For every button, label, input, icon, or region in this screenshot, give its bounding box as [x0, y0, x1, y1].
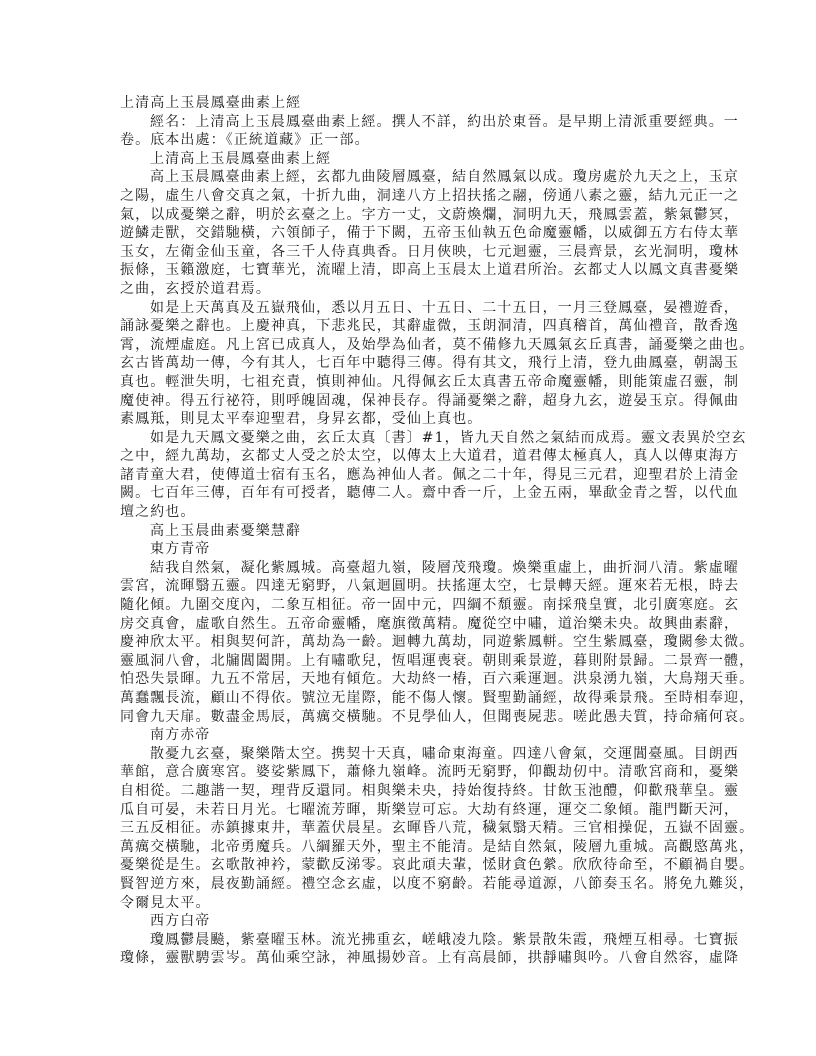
- text-line: 南方赤帝: [120, 726, 700, 745]
- text-line: 結我自然氣，凝化紫鳳城。高臺超九嶺，陵層茂飛瓊。煥樂重虛上，曲折洞八清。紫虛曜: [120, 559, 700, 578]
- text-line: 怕恐失景暉。九五不常居，天地有傾危。大劫終一椿，百六乘運迴。洪泉湧九嶺，大鳥翔天…: [120, 670, 700, 689]
- text-line: 氣，以成憂樂之辭，明於玄臺之上。字方一丈，文蔚煥爛，洞明九天，飛鳳雲蓋，紫氣鬱冥…: [120, 206, 700, 225]
- text-line: 西方白帝: [120, 912, 700, 931]
- text-line: 雲宮，流暉翳五靈。四達无窮野，八氣迴圓明。扶搖運太空，七景轉天經。運來若无根，時…: [120, 577, 700, 596]
- text-line: 高上玉晨鳳臺曲素上經，玄都九曲陵層鳳臺，結自然鳳氣以成。瓊房處於九天之上，玉京: [120, 168, 700, 187]
- text-line: 誦詠憂樂之辭也。上慶神真，下悲兆民，其辭虛微，玉朗洞清，四真稽首，萬仙禮音，散香…: [120, 317, 700, 336]
- text-line: 華館，意合廣寒宮。婆娑紫鳳下，蕭條九嶺峰。流眄无窮野，仰觀劫仞中。清歌宮商和，憂…: [120, 763, 700, 782]
- text-line: 瓊鳳鬱晨飈，紫臺曜玉林。流光拂重玄，嵯峨凌九陰。紫景散朱霞，飛煙互相尋。七寶振: [120, 931, 700, 950]
- text-line: 如是九天鳳文憂樂之曲，玄丘太真〔書〕#1，皆九天自然之氣結而成焉。靈文表異於空玄: [120, 429, 700, 448]
- text-line: 闕。七百年三傳，百年有可授者，聽傳二人。齋中香一斤，上金五兩，畢歃金青之誓，以代…: [120, 484, 700, 503]
- document-body: 上清高上玉晨鳳臺曲素上經經名：上清高上玉晨鳳臺曲素上經。撰人不詳，約出於東晉。是…: [120, 94, 700, 968]
- text-line: 之中，經九萬劫，玄都丈人受之於太空，以傳太上大道君，道君傳太極真人，真人以傳東海…: [120, 447, 700, 466]
- text-line: 慶神欣太平。相與契何許，萬劫為一齡。迴轉九萬劫，同遊紫鳳軿。空生紫鳳臺，瓊闕參太…: [120, 633, 700, 652]
- text-line: 房交真會，虛歌自然生。五帝命靈幡，麾旗徵萬精。魔從空中嘯，道治樂未央。故興曲素辭…: [120, 615, 700, 634]
- text-line: 經名：上清高上玉晨鳳臺曲素上經。撰人不詳，約出於東晉。是早期上清派重要經典。一: [120, 113, 700, 132]
- text-line: 瓜自可晏，未若日月光。七曜流芳暉，斯樂豈可忘。大劫有終運，運交二象傾。龍門斷天河…: [120, 801, 700, 820]
- text-line: 魔使神。得五行祕符，則呼魄固魂，保神長存。得誦憂樂之辭，超身九玄，遊晏玉京。得佩…: [120, 392, 700, 411]
- text-line: 高上玉晨曲素憂樂慧辭: [120, 522, 700, 541]
- text-line: 散憂九玄臺，聚樂階太空。携契十天真，嘯命東海童。四達八會氣，交運閶臺風。目朗西: [120, 745, 700, 764]
- text-line: 賢智逆方來，晨夜勤誦經。禮空念玄虛，以度不窮齡。若能尋道源，八節奏玉名。將免九難…: [120, 875, 700, 894]
- text-line: 素鳳羝，則見太平奉迎聖君，身昇玄都，受仙上真也。: [120, 410, 700, 429]
- document-page: 上清高上玉晨鳳臺曲素上經經名：上清高上玉晨鳳臺曲素上經。撰人不詳，約出於東晉。是…: [0, 0, 816, 1056]
- text-line: 三五反相征。赤鎮據東井，華蓋伏晨星。玄暉昏八荒，穢氣翳天精。三官相操促，五嶽不固…: [120, 819, 700, 838]
- text-line: 之陽，虛生八會交真之氣，十折九曲，洞達八方上招扶搖之翮，傍通八素之靈，結九元正一…: [120, 187, 700, 206]
- text-line: 如是上天萬真及五嶽飛仙，悉以月五日、十五日、二十五日，一月三登鳳臺，晏禮遊香，: [120, 299, 700, 318]
- text-line: 令爾見太平。: [120, 894, 700, 913]
- text-line: 靈風洞八會，北牖閶闔開。上有嘯歌兒，恆唱運喪衰。朝則乘景遊，暮則附景歸。二景齊一…: [120, 652, 700, 671]
- text-line: 霄，流煙虛庭。凡上宮已成真人，及始學為仙者，莫不備修九天鳳氣玄丘真書，誦憂樂之曲…: [120, 336, 700, 355]
- text-line: 振條，玉籟激庭，七寶華光，流曜上清，即高上玉晨太上道君所治。玄都丈人以鳳文真書憂…: [120, 261, 700, 280]
- text-line: 隨化傾。九圍交度內，二象互相征。帝一固中元，四綱不頹靈。南採飛皇實，北引廣寒庭。…: [120, 596, 700, 615]
- text-line: 遊鱗走獸，交錯馳橫，六領師子，備于下闕，五帝玉仙執五色命魔靈幡，以威御五方右侍太…: [120, 224, 700, 243]
- text-line: 東方青帝: [120, 540, 700, 559]
- text-line: 憂樂從是生。玄歌散神衿，蒙歡反涕零。哀此頑夫輩，恡財貪色縈。欣欣待命至，不顧禍自…: [120, 856, 700, 875]
- text-line: 玉女，左衛金仙玉童，各三千人侍真典香。日月俠映，七元迴靈，三晨齊景，玄光洞明，瓊…: [120, 243, 700, 262]
- text-line: 玄古皆萬劫一傳，今有其人，七百年中聽得三傳。得有其文，飛行上清，登九曲鳳臺，朝謁…: [120, 354, 700, 373]
- text-line: 之曲，玄授於道君焉。: [120, 280, 700, 299]
- text-line: 真也。輕泄失明，七祖充責，慎則神仙。凡得佩玄丘太真書五帝命魔靈幡，則能策虛召靈，…: [120, 373, 700, 392]
- text-line: 上清高上玉晨鳳臺曲素上經: [120, 150, 700, 169]
- text-line: 萬蠢飄長流，顧山不得依。號泣无崖際，能不傷人懷。賢聖勤誦經，故得乘景飛。至時相奉…: [120, 689, 700, 708]
- text-line: 萬癘交橫馳，北帝勇魔兵。八綱羅天外，聖主不能清。是結自然氣，陵層九重城。高觀愍萬…: [120, 838, 700, 857]
- text-line: 上清高上玉晨鳳臺曲素上經: [120, 94, 700, 113]
- text-line: 卷。底本出處：《正統道藏》正一部。: [120, 131, 700, 150]
- text-line: 瓊條，靈獸騁雲岑。萬仙乘空詠，神風揚妙音。上有高晨師，拱靜嘯與吟。八會自然容，虛…: [120, 949, 700, 968]
- text-line: 諸青童大君，使傳道士宿有玉名，應為神仙人者。佩之二十年，得見三元君，迎聖君於上清…: [120, 466, 700, 485]
- text-line: 壇之約也。: [120, 503, 700, 522]
- text-line: 自相從。二趣諧一契，理背反還同。相與樂未央，持始復持終。甘飲玉池醴，仰歡飛華皇。…: [120, 782, 700, 801]
- text-line: 同會九天扉。數盡金馬辰，萬癘交橫馳。不見學仙人，但聞喪屍悲。嗟此愚夫質，持命痛何…: [120, 708, 700, 727]
